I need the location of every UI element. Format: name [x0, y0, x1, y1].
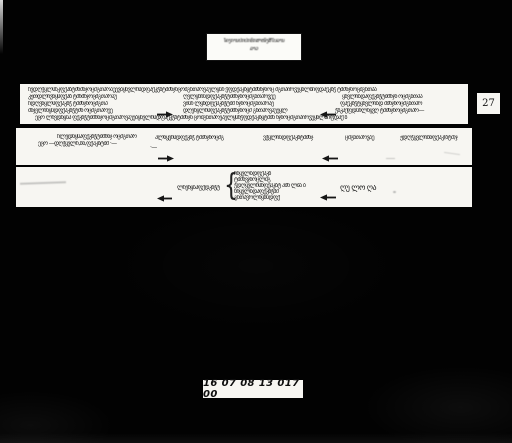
leaf1-script-line: ეცო ლჩვდწყსჰ ფქკზჭტშმნხჯოცძგთპრვაუებყწვლ… [35, 115, 463, 121]
leaf3-brace-item: გწთპვრლჩყწსდფქ [234, 195, 286, 201]
manuscript-leaf-2: ჩლვდწყსჰფქკზჭტშმნხჯ ოცძგთპრ ეცო —დღჭყვლჩ… [16, 128, 472, 165]
leaf1-script-line: შხჯვლჩწყსდფქჰკზჭტმნ ოცძგთპრუე [28, 108, 158, 114]
leaf1-script-line: დღვწყლჩსფქჰკზჭტშმნჯხოცძ გწთპრვაუეყლ [183, 108, 330, 114]
leaf2-script-line: ჰლწყვჩსდფქკზჭ ტშმნჯხოცძგ [155, 135, 250, 141]
leaf3-script-line: ლჩვწყსჰფქდკზჭტ [177, 185, 228, 191]
leaf1-script-line: ვისჩ ლყწდფქჰკზჭტშმ ნჯხოცძგწთპრაე [183, 101, 311, 107]
leaf1-script-line: ფჰქკზჭტყწვლჩსდ შმნჯხოცძგწთპრ [340, 101, 462, 107]
leaf1-script-line: ყწვლჩსდჰფქკზჭტშმნჯხ ოცძგწთპა [342, 94, 460, 100]
leaf1-script-line: ჭზკჰქფდსჩლწყვღ ტშმნჯხოცძგთპრ— [335, 108, 463, 114]
arrow-left-icon [322, 147, 339, 166]
project-label-card: ໂຄງການປົກປັກຮັກສາໜັງສືໃບລານ ລາວ [206, 33, 302, 61]
arrow-left-icon [157, 187, 173, 206]
manuscript-leaf-1: ჩვდღჭყლსწკფქჰზტმნშხჯოცძგთპრაუევბყწვლჩსდფ… [20, 84, 468, 124]
leaf2-script-line: ჩლვდწყსჰფქკზჭტშმნხჯ ოცძგთპრ [57, 134, 150, 140]
leaf1-script-line: ჩვდღჭყლსწკფქჰზტმნშხჯოცძგთპრაუევბყწვლჩსდფ… [28, 87, 460, 93]
frame-number-tag: 27 [477, 93, 500, 114]
frame-number: 27 [482, 98, 495, 109]
leaf1-script-line: ჩდღვწყლსფქჰკზჭ ტშმნჯხოცძგთპ [28, 101, 146, 107]
arrow-left-icon [320, 186, 337, 205]
project-label-title: ໂຄງການປົກປັກຮັກສາໜັງສືໃບລານ [207, 38, 301, 44]
leaf2-script-line: ვჭყლჩსდფქჰკზტშმნჯ [263, 135, 330, 141]
leaf2-script-line: ეცო —დღჭყვლჩ,სწ,ფქჰკზტშმ ·— [38, 141, 162, 147]
smudge [444, 152, 460, 155]
manuscript-leaf-3: ლჩვწყსჰფქდკზჭტ { ჩწყვლსდფქჰკზ ტშმნვჯხოცლ… [16, 167, 472, 207]
arrow-right-icon [157, 147, 174, 166]
film-edge-scratch [0, 0, 3, 54]
project-label-subtitle: ລາວ [207, 46, 301, 52]
microfilm-frame: ໂຄງການປົກປັກຮັກສາໜັງສືໃບລານ ລາວ ჩვდღჭყლს… [0, 0, 512, 443]
leaf2-script-line: ჟდღჭყვლჩსწფქჰკ(ზტშ)ჯ [400, 135, 470, 141]
smudge [20, 181, 66, 184]
film-counter-box: 16 07 08 13 017 00 [203, 380, 303, 398]
leaf2-script-line: ცძგწთპრვაუ [345, 135, 390, 141]
leaf3-script-line: ღუ ლო ღა [340, 183, 380, 192]
leaf1-script-line: კჟთდლჩვწყსფქჰზ ტმნშხჯოცძგთპრაუ [28, 94, 158, 100]
leaf1-script-line: ღვლყწჩსდფქჰკზჭტშმნჯხოცძგწთპრვეუ [183, 94, 313, 100]
smudge [386, 158, 395, 159]
smudge [393, 191, 396, 193]
film-counter-value: 16 07 08 13 017 00 [203, 378, 303, 400]
